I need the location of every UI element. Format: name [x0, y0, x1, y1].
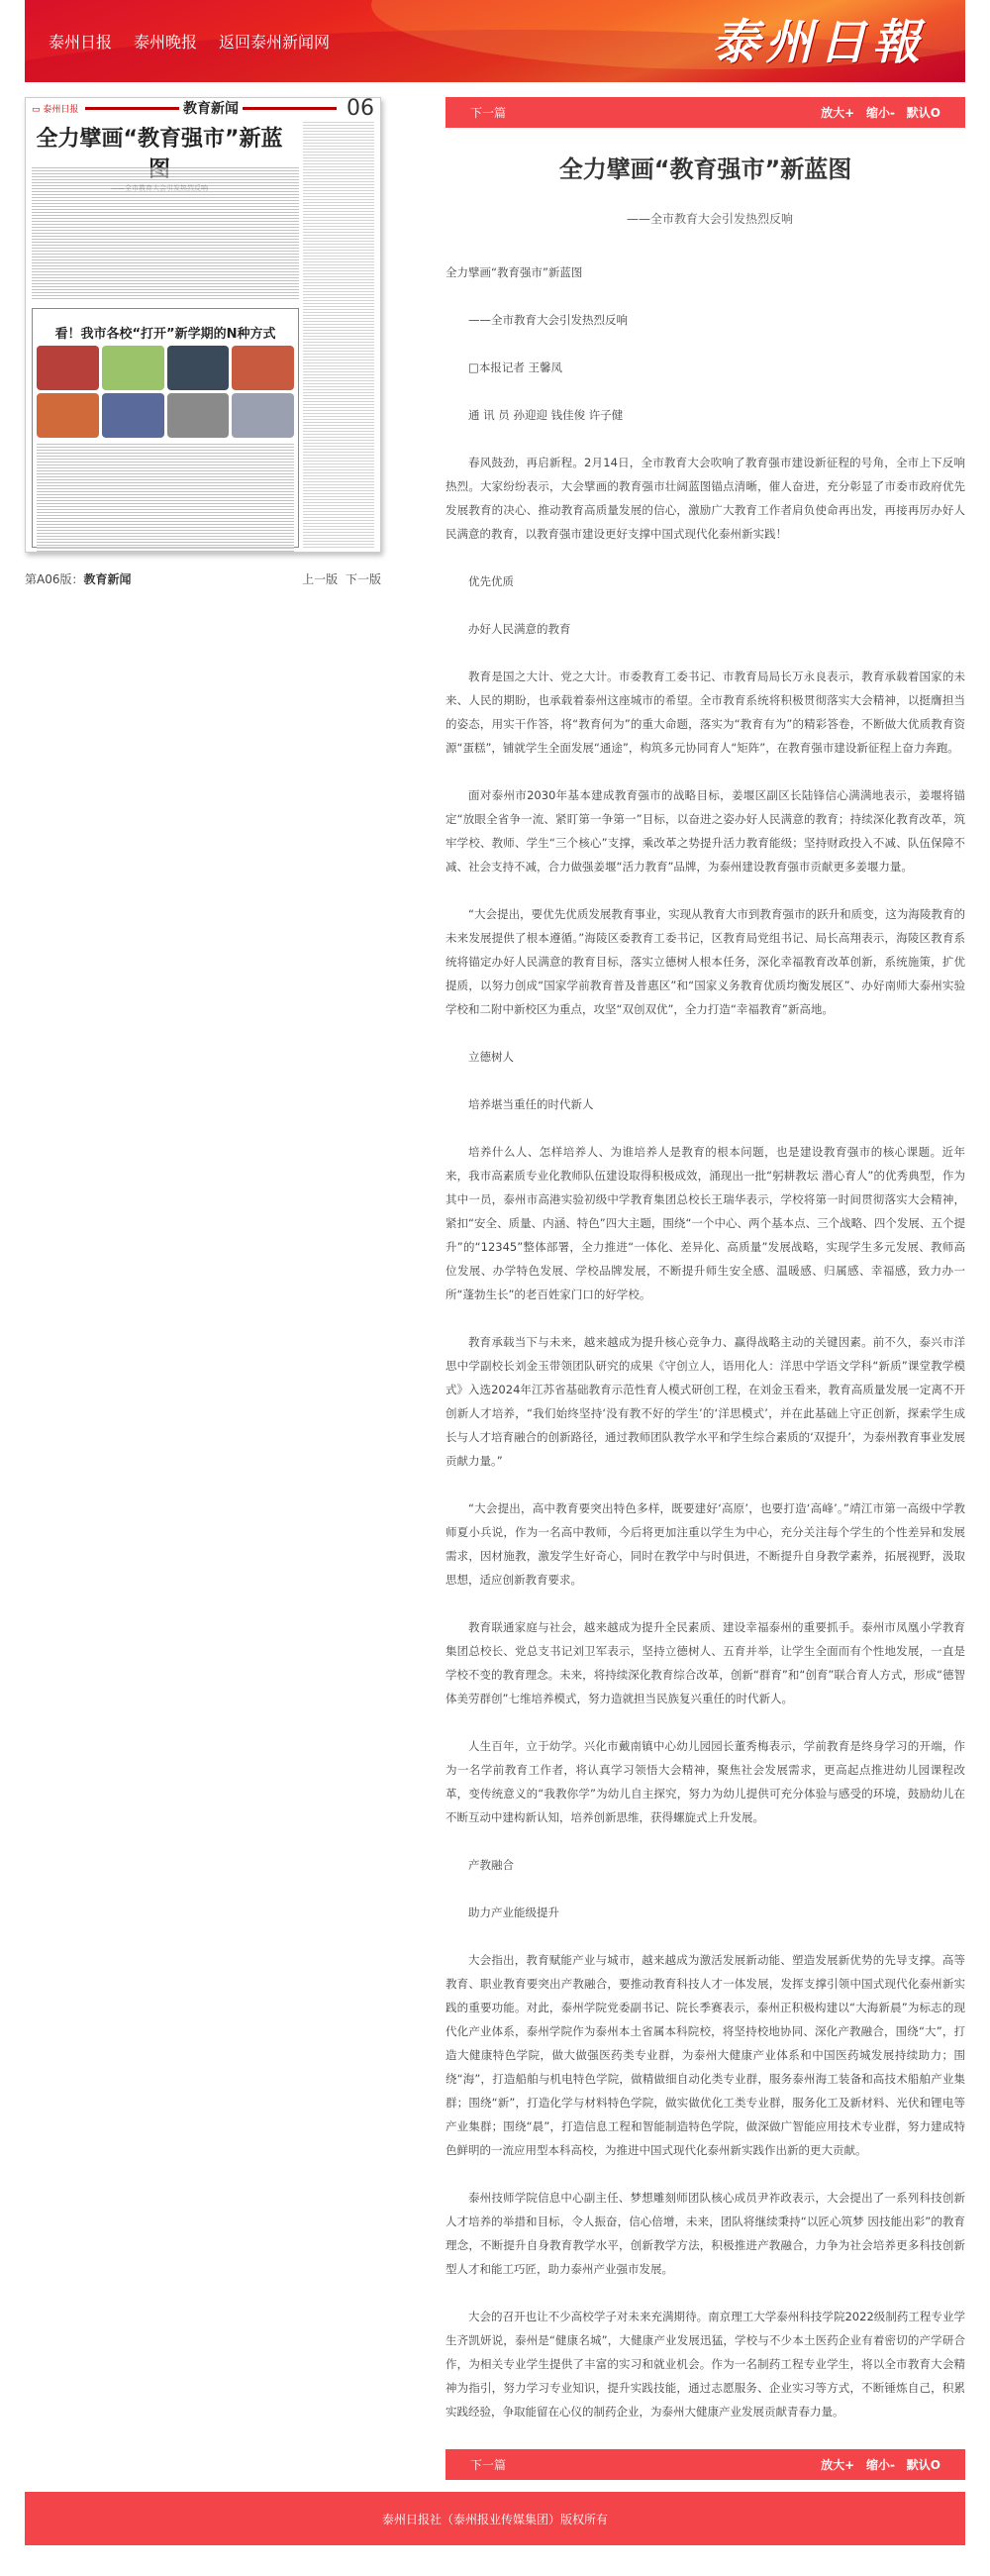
- photo-thumb: [102, 393, 164, 438]
- article-paragraph: 培养什么人、怎样培养人、为谁培养人是教育的根本问题，也是建设教育强市的核心课题。…: [445, 1140, 965, 1306]
- photo-thumb: [37, 393, 99, 438]
- page-thumb-header: ▭ 泰州日报 教育新闻 06: [26, 98, 380, 118]
- default-size-button[interactable]: 默认O: [907, 106, 940, 120]
- photo-thumb: [232, 346, 294, 390]
- article-subtitle: ——全市教育大会引发热烈反响: [445, 210, 965, 227]
- article-paragraph: 培养堪当重任的时代新人: [445, 1092, 965, 1116]
- font-size-controls: 放大+ 缩小- 默认O: [813, 2456, 940, 2473]
- photo-thumb: [167, 346, 230, 390]
- article-paragraph: 办好人民满意的教育: [445, 617, 965, 641]
- article-body: 全力擘画“教育强市”新蓝图——全市教育大会引发热烈反响□本报记者 王馨凤通 讯 …: [445, 260, 965, 2423]
- article-paragraph: 立德树人: [445, 1045, 965, 1069]
- photo-thumb: [102, 346, 164, 390]
- article-paragraph: 大会的召开也让不少高校学子对未来充满期待。南京理工大学泰州科技学院2022级制药…: [445, 2305, 965, 2423]
- zoom-in-button[interactable]: 放大+: [821, 2458, 854, 2472]
- font-size-controls: 放大+ 缩小- 默认O: [813, 104, 940, 121]
- page-thumb-section: 教育新闻: [183, 98, 239, 118]
- edition-info: 第A06版：教育新闻: [25, 570, 132, 587]
- article-column: 下一篇 放大+ 缩小- 默认O 全力擘画“教育强市”新蓝图 ——全市教育大会引发…: [445, 97, 965, 2480]
- article-paragraph: 泰州技师学院信息中心副主任、梦想雕刻师团队核心成员尹祚政表示，大会提出了一系列科…: [445, 2186, 965, 2281]
- divider: [85, 107, 179, 110]
- article-paragraph: 全力擘画“教育强市”新蓝图: [445, 260, 965, 284]
- article-paragraph: 大会指出，教育赋能产业与城市，越来越成为激活发展新动能、塑造发展新优势的先导支撑…: [445, 1948, 965, 2162]
- newspaper-page-thumbnail[interactable]: ▭ 泰州日报 教育新闻 06 全力擘画“教育强市”新蓝图 ——全市教育大会引发热…: [25, 97, 381, 553]
- prev-edition-link[interactable]: 上一版: [302, 572, 338, 586]
- photo-thumb: [232, 393, 294, 438]
- article-paragraph: 教育承载当下与未来，越来越成为提升核心竞争力、赢得战略主动的关键因素。前不久，泰…: [445, 1330, 965, 1473]
- next-article-button[interactable]: 下一篇: [470, 2456, 506, 2473]
- article-paragraph: 人生百年，立于幼学。兴化市戴南镇中心幼儿园园长董秀梅表示，学前教育是终身学习的开…: [445, 1734, 965, 1829]
- nav-link-back-to-news-site[interactable]: 返回泰州新闻网: [219, 30, 330, 52]
- article-paragraph: 面对泰州市2030年基本建成教育强市的战略目标，姜堰区副区长陆锋信心满满地表示，…: [445, 783, 965, 878]
- main-content: ▭ 泰州日报 教育新闻 06 全力擘画“教育强市”新蓝图 ——全市教育大会引发热…: [25, 97, 965, 2480]
- article-paragraph: □本报记者 王馨凤: [445, 356, 965, 379]
- page-thumb-logo: ▭ 泰州日报: [32, 102, 81, 115]
- article-paragraph: 春风鼓劲，再启新程。2月14日，全市教育大会吹响了教育强市建设新征程的号角，全市…: [445, 451, 965, 546]
- newspaper-logo: 泰州日報: [712, 4, 926, 72]
- next-edition-link[interactable]: 下一版: [346, 572, 381, 586]
- zoom-out-button[interactable]: 缩小-: [866, 2458, 895, 2472]
- page-thumb-photo-grid: [33, 342, 298, 442]
- site-banner: 泰州日报 泰州晚报 返回泰州新闻网 泰州日報: [25, 0, 965, 82]
- article-title: 全力擘画“教育强市”新蓝图: [445, 150, 965, 184]
- nav-link-taizhou-daily[interactable]: 泰州日报: [49, 30, 112, 52]
- article-paragraph: 助力产业能级提升: [445, 1901, 965, 1924]
- photo-thumb: [167, 393, 230, 438]
- article-paragraph: “大会提出，要优先优质发展教育事业，实现从教育大市到教育强市的跃升和质变，这为海…: [445, 902, 965, 1021]
- article-paragraph: 教育是国之大计、党之大计。市委教育工委书记、市教育局局长万永良表示，教育承载着国…: [445, 665, 965, 760]
- next-article-button[interactable]: 下一篇: [470, 104, 506, 121]
- article-paragraph: 通 讯 员 孙迎迎 钱佳俊 许子健: [445, 403, 965, 427]
- page-thumb-feature-text: [37, 444, 294, 553]
- article-paragraph: 产教融合: [445, 1853, 965, 1877]
- zoom-in-button[interactable]: 放大+: [821, 106, 854, 120]
- nav-link-taizhou-evening[interactable]: 泰州晚报: [134, 30, 197, 52]
- zoom-out-button[interactable]: 缩小-: [866, 106, 895, 120]
- photo-thumb: [37, 346, 99, 390]
- page-thumb-feature-box: 看！我市各校“打开”新学期的N种方式: [32, 308, 299, 548]
- page-thumb-number: 06: [346, 97, 374, 121]
- site-footer: 泰州日报社（泰州报业传媒集团）版权所有: [25, 2492, 965, 2545]
- page-thumb-text-columns: [32, 167, 299, 301]
- article-toolbar-bottom: 下一篇 放大+ 缩小- 默认O: [445, 2449, 965, 2480]
- copyright-text: 泰州日报社（泰州报业传媒集团）版权所有: [382, 2511, 608, 2527]
- top-nav: 泰州日报 泰州晚报 返回泰州新闻网: [49, 30, 330, 52]
- page-preview-column: ▭ 泰州日报 教育新闻 06 全力擘画“教育强市”新蓝图 ——全市教育大会引发热…: [25, 97, 381, 2480]
- default-size-button[interactable]: 默认O: [907, 2458, 940, 2472]
- edition-label: 第A06版：: [25, 572, 83, 586]
- edition-pager: 上一版 下一版: [298, 570, 381, 587]
- edition-bar: 第A06版：教育新闻 上一版 下一版: [25, 570, 381, 587]
- edition-name: 教育新闻: [83, 572, 131, 586]
- article-paragraph: ——全市教育大会引发热烈反响: [445, 308, 965, 332]
- article-paragraph: 教育联通家庭与社会，越来越成为提升全民素质、建设幸福泰州的重要抓手。泰州市凤凰小…: [445, 1615, 965, 1710]
- divider: [243, 107, 337, 110]
- page-thumb-feature-headline: 看！我市各校“打开”新学期的N种方式: [33, 323, 298, 342]
- article-paragraph: 优先优质: [445, 569, 965, 593]
- page-thumb-sidebar-text: [303, 122, 374, 548]
- article-paragraph: “大会提出，高中教育要突出特色多样，既要建好‘高原’，也要打造‘高峰’。”靖江市…: [445, 1496, 965, 1592]
- article-toolbar-top: 下一篇 放大+ 缩小- 默认O: [445, 97, 965, 128]
